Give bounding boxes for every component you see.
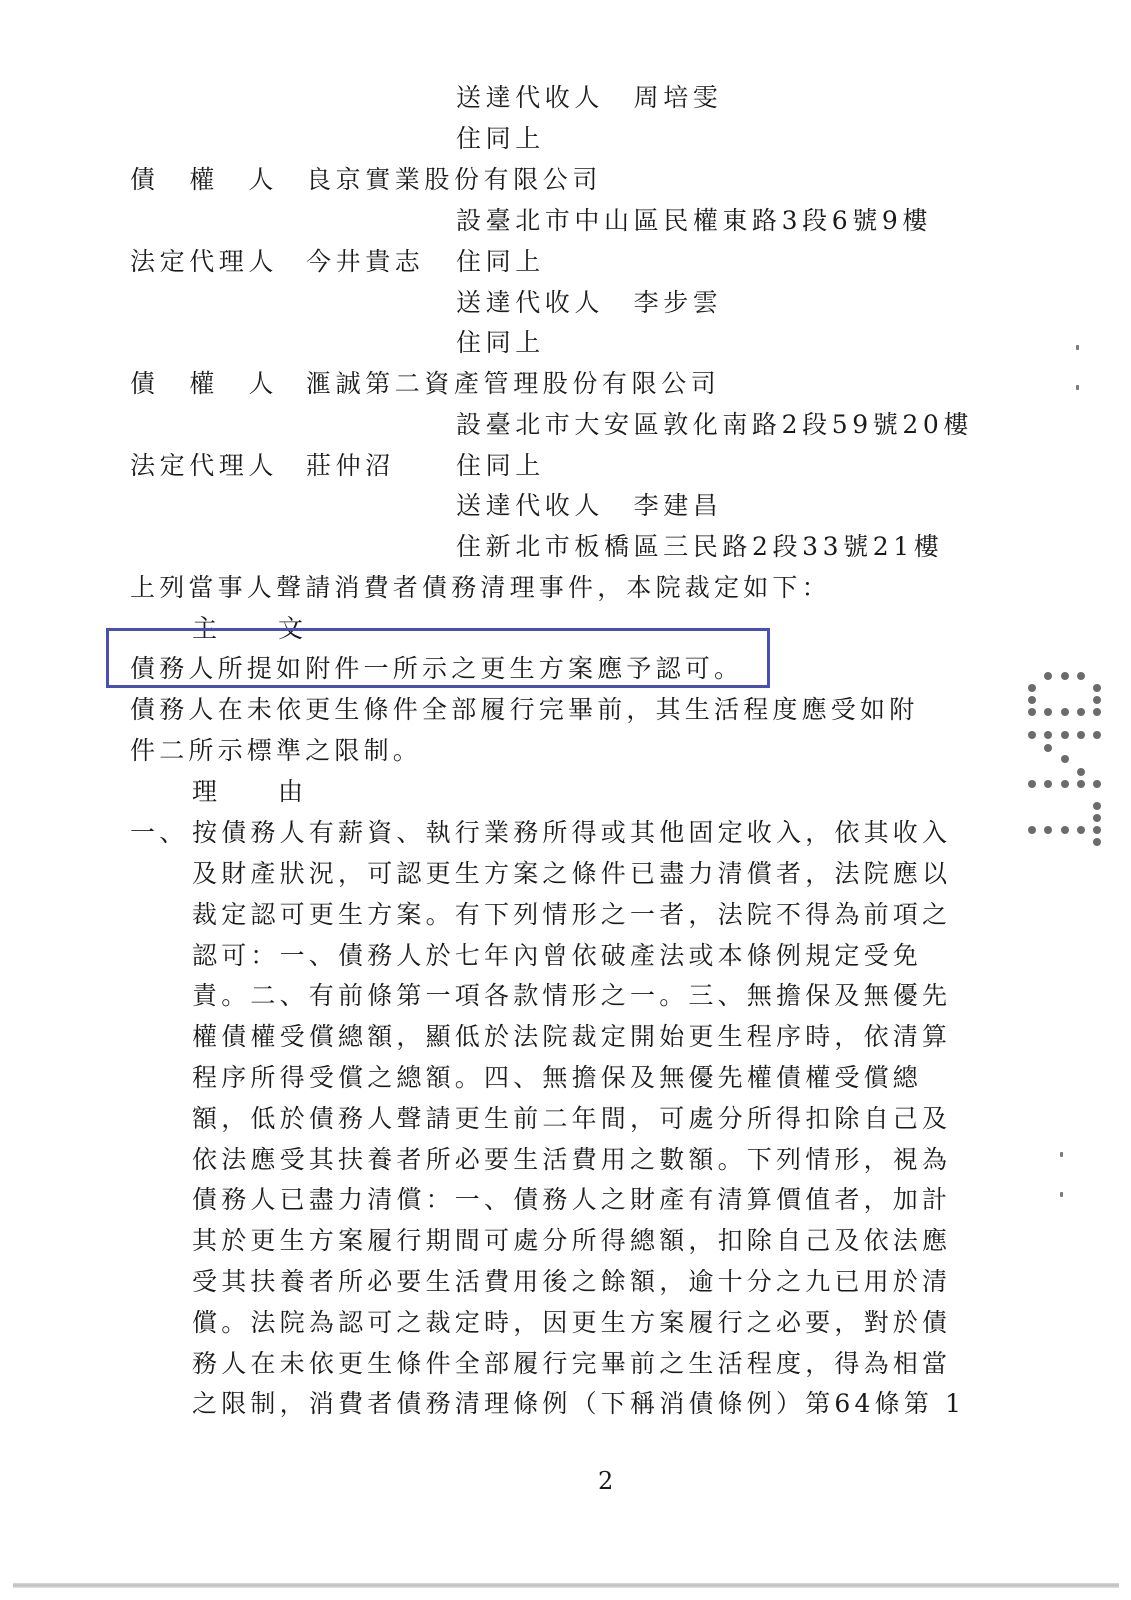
party-detail: 送達代收人 周培雯 [456, 83, 722, 112]
party-line: 住同上 [456, 121, 545, 157]
reasons-line: 債務人已盡力清償：一、債務人之財產有清算價值者，加計 [192, 1182, 951, 1218]
main-text-line: 債務人所提如附件一所示之更生方案應予認可。 [130, 651, 743, 687]
party-line: 設臺北市大安區敦化南路2段59號20樓 [456, 407, 973, 443]
scan-speck [1076, 345, 1079, 350]
scan-speck [1060, 1152, 1063, 1157]
party-detail: 住同上 [456, 124, 545, 153]
party-detail: 送達代收人 李建昌 [456, 491, 722, 520]
party-line: 送達代收人 李步雲 [456, 285, 722, 321]
party-line: 債 權 人 良京實業股份有限公司 [0, 162, 1000, 198]
main-text-line: 件二所示標準之限制。 [130, 733, 422, 769]
party-detail: 住同上 [456, 448, 545, 484]
party-line: 法定代理人 莊仲沼 住同上 [0, 448, 1000, 484]
party-label: 法定代理人 [130, 448, 278, 484]
party-detail: 住同上 [456, 244, 545, 280]
reasons-line: 認可：一、債務人於七年內曾依破產法或本條例規定受免 [192, 938, 922, 974]
reasons-line: 及財產狀況，可認更生方案之條件已盡力清償者，法院應以 [192, 856, 951, 892]
reasons-line: 依法應受其扶養者所必要生活費用之數額。下列情形，視為 [192, 1142, 951, 1178]
party-line: 債 權 人 滙誠第二資產管理股份有限公司 [0, 366, 1000, 402]
page-bottom-edge [13, 1583, 1119, 1588]
reasons-marker: 一、 [130, 815, 188, 851]
reasons-line: 之限制，消費者債務清理條例（下稱消債條例）第64條第 1 [192, 1386, 965, 1422]
party-name: 滙誠第二資產管理股份有限公司 [306, 366, 720, 402]
party-name: 莊仲沼 [306, 448, 395, 484]
reasons-line: 其於更生方案履行期間可處分所得總額，扣除自己及依法應 [192, 1223, 951, 1259]
reasons-line: 受其扶養者所必要生活費用後之餘額，逾十分之九已用於清 [192, 1264, 951, 1300]
party-label: 債 權 人 [130, 366, 278, 402]
party-line: 住新北市板橋區三民路2段33號21樓 [456, 529, 943, 565]
party-line: 住同上 [456, 325, 545, 361]
party-address: 設臺北市中山區民權東路3段6號9樓 [456, 206, 932, 235]
reasons-heading: 理 由 [192, 774, 321, 810]
reasons-line: 權債權受償總額，顯低於法院裁定開始更生程序時，依清算 [192, 1019, 951, 1055]
party-address: 住新北市板橋區三民路2段33號21樓 [456, 532, 943, 561]
party-line: 法定代理人 今井貴志 住同上 [0, 244, 1000, 280]
party-detail: 住同上 [456, 328, 545, 357]
reasons-line: 程序所得受償之總額。四、無擔保及無優先權債權受償總 [192, 1060, 922, 1096]
party-detail: 送達代收人 李步雲 [456, 288, 722, 317]
party-line: 送達代收人 周培雯 [456, 80, 722, 116]
intro-text: 上列當事人聲請消費者債務清理事件，本院裁定如下： [130, 570, 831, 606]
reasons-line: 償。法院為認可之裁定時，因更生方案履行之必要，對於債 [192, 1305, 951, 1341]
document-page: 送達代收人 周培雯 住同上 債 權 人 良京實業股份有限公司 設臺北市中山區民權… [0, 0, 1131, 1600]
party-label: 法定代理人 [130, 244, 278, 280]
party-line: 設臺北市中山區民權東路3段6號9樓 [456, 203, 932, 239]
scan-speck [1076, 385, 1079, 390]
party-address: 設臺北市大安區敦化南路2段59號20樓 [456, 410, 973, 439]
reasons-line: 按債務人有薪資、執行業務所得或其他固定收入，依其收入 [192, 815, 951, 851]
party-line: 送達代收人 李建昌 [456, 488, 722, 524]
reasons-line: 額，低於債務人聲請更生前二年間，可處分所得扣除自己及 [192, 1101, 951, 1137]
reasons-line: 責。二、有前條第一項各款情形之一。三、無擔保及無優先 [192, 978, 951, 1014]
reasons-line: 裁定認可更生方案。有下列情形之一者，法院不得為前項之 [192, 897, 951, 933]
party-name: 今井貴志 [306, 244, 424, 280]
party-label: 債 權 人 [130, 162, 278, 198]
reasons-line: 務人在未依更生條件全部履行完畢前之生活程度，得為相當 [192, 1346, 951, 1382]
scan-speck [1060, 1192, 1063, 1197]
party-name: 良京實業股份有限公司 [306, 162, 602, 198]
page-number: 2 [598, 1466, 613, 1496]
main-text-line: 債務人在未依更生條件全部履行完畢前，其生活程度應受如附 [130, 692, 918, 728]
